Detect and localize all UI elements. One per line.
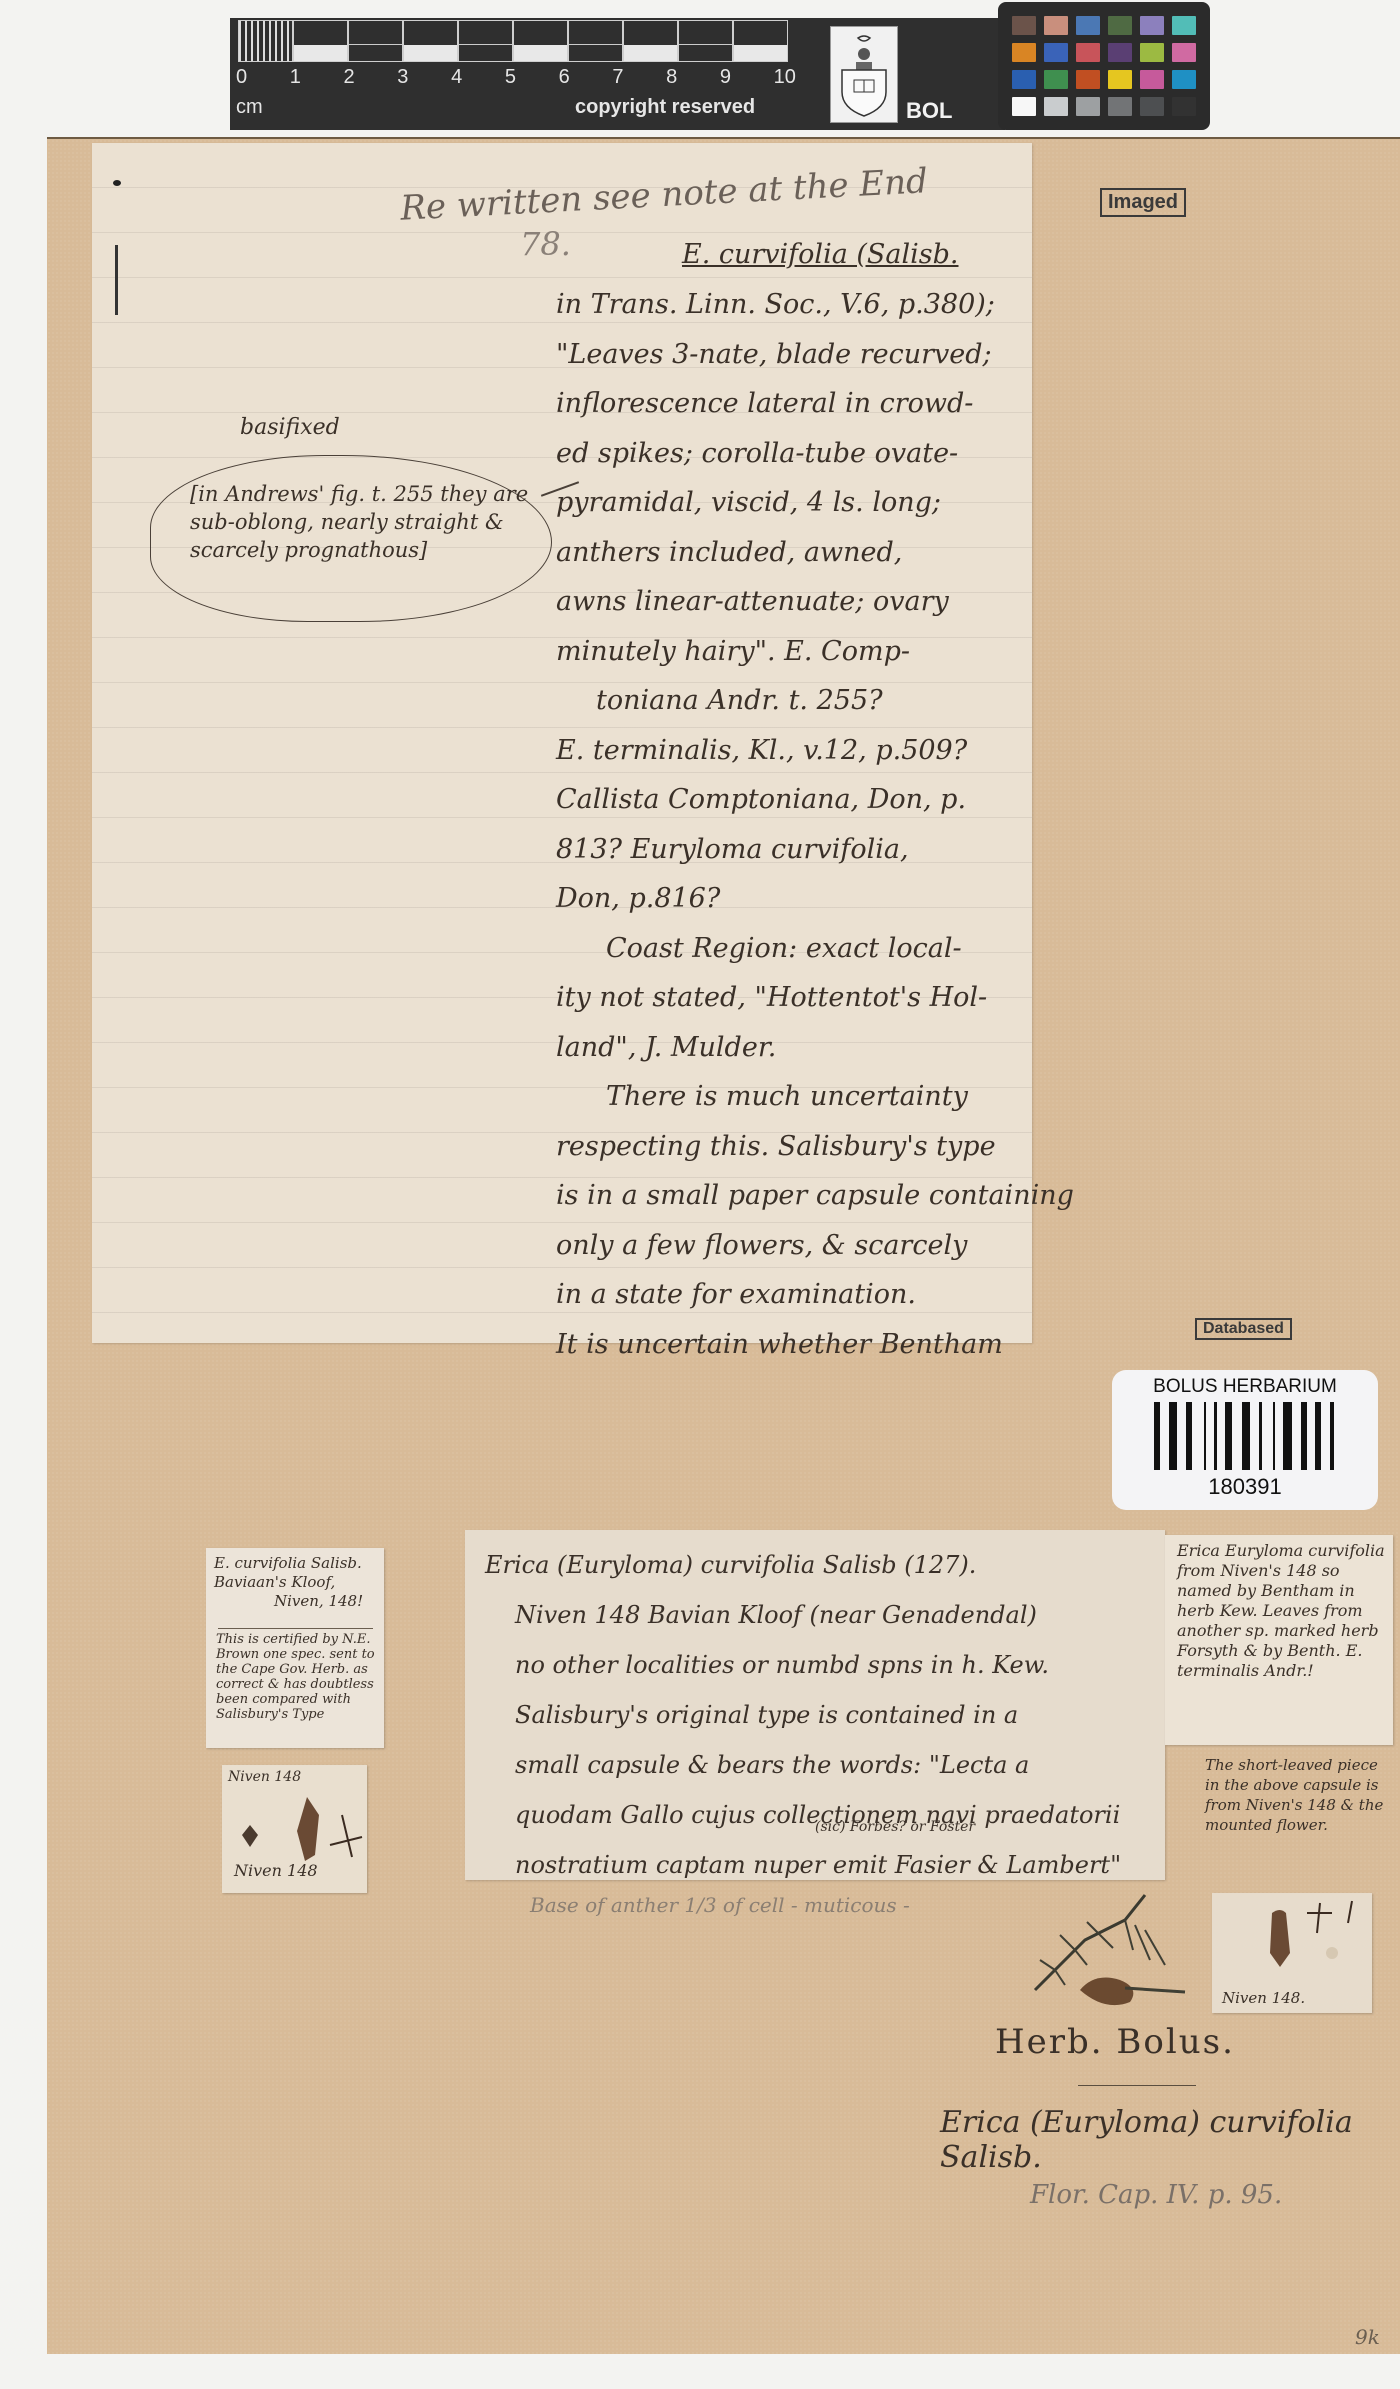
color-swatch [1044,16,1068,35]
specimen-packet-right: Niven 148. [1212,1893,1372,2013]
barcode-label: BOLUS HERBARIUM 180391 [1112,1370,1378,1510]
pin-shaft [115,245,118,315]
scale-ruler [238,20,788,62]
barcode-bar [1295,1402,1298,1470]
barcode-bar [1324,1402,1327,1470]
color-swatch [1108,70,1132,89]
scale-numbers: 0 1 2 3 4 5 6 7 8 9 10 [236,66,796,89]
institution-code: BOL [906,98,952,124]
scale-number: 8 [666,66,677,89]
barcode-bar [1180,1402,1183,1470]
specimen-sprig-icon [1025,1880,1195,2010]
barcode-icon [1154,1402,1344,1470]
pencil-note: Base of anther 1/3 of cell - muticous - [530,1893,910,1917]
note-line: toniana Andr. t. 255? [596,676,1026,726]
barcode-bar [1310,1402,1312,1470]
herbarium-name: Herb. Bolus. [995,2022,1235,2062]
color-swatch [1076,70,1100,89]
description-label: Erica (Euryloma) curvifolia Salisb (127)… [465,1530,1165,1880]
packet-caption: Niven 148. [1222,1989,1305,2007]
note-line: in Trans. Linn. Soc., V.6, p.380); [556,280,1026,330]
color-swatch [1140,97,1164,116]
certification-label: E. curvifolia Salisb. Baviaan's Kloof, N… [206,1548,384,1748]
divider [218,1628,373,1629]
note-line: E. curvifolia (Salisb. [682,230,1072,280]
color-swatch [1044,97,1068,116]
scale-number: 7 [612,66,623,89]
note-body-continued: in Trans. Linn. Soc., V.6, p.380); "Leav… [556,280,1026,1369]
note-line: only a few flowers, & scarcely [556,1221,1026,1271]
scale-number: 10 [774,66,796,89]
cert-title-line: Baviaan's Kloof, [214,1573,384,1592]
color-swatch [1012,70,1036,89]
barcode-bar [1273,1402,1275,1470]
note-line: There is much uncertainty [606,1072,1026,1122]
description-line: Erica (Euryloma) curvifolia Salisb (127)… [485,1540,1155,1590]
note-line: Coast Region: exact local- [606,924,1026,974]
color-swatch [1108,16,1132,35]
barcode-bar [1195,1402,1202,1470]
color-swatch [1108,43,1132,62]
scale-bar: 0 1 2 3 4 5 6 7 8 9 10 cm copyright rese… [230,18,1005,130]
bubble-caption: basifixed [240,415,340,440]
barcode-bar [1315,1402,1321,1470]
packet-caption-top: Niven 148 [228,1769,301,1785]
cert-title-line: Niven, 148! [274,1592,384,1611]
note-line: Don, p.816? [556,874,1026,924]
barcode-bar [1169,1402,1177,1470]
barcode-bar [1278,1402,1280,1470]
capsule-note: The short-leaved piece in the above caps… [1205,1755,1395,1835]
color-swatch [1012,43,1036,62]
divider [1078,2085,1196,2086]
scale-number: 4 [451,66,462,89]
color-swatch [1012,97,1036,116]
barcode-bar [1283,1402,1292,1470]
note-line: is in a small paper capsule containing [556,1171,1026,1221]
packet-caption-bottom: Niven 148 [234,1861,318,1880]
description-text: Erica (Euryloma) curvifolia Salisb (127)… [485,1540,1155,1890]
color-swatch [1012,16,1036,35]
note-line: ed spikes; corolla-tube ovate- [556,429,1026,479]
color-swatch [1076,16,1100,35]
cert-text: This is certified by N.E. Brown one spec… [216,1632,386,1722]
color-swatch [1172,70,1196,89]
barcode-bar [1259,1402,1262,1470]
bentham-label-text: Erica Euryloma curvifolia from Niven's 1… [1177,1541,1392,1681]
description-annotation: (sic) Forbes? or Foster [815,1820,975,1834]
scale-number: 5 [505,66,516,89]
note-line: 813? Euryloma curvifolia, [556,825,1026,875]
scale-number: 0 [236,66,247,89]
databased-stamp: Databased [1195,1318,1292,1340]
note-line: pyramidal, viscid, 4 ls. long; [556,478,1026,528]
note-line: land", J. Mulder. [556,1023,1026,1073]
barcode-bar [1242,1402,1250,1470]
barcode-title: BOLUS HERBARIUM [1112,1376,1378,1398]
barcode-bar [1204,1402,1206,1470]
note-line: minutely hairy". E. Comp- [556,627,1026,677]
barcode-bar [1301,1402,1308,1470]
barcode-bar [1220,1402,1222,1470]
scale-number: 1 [290,66,301,89]
note-line: It is uncertain whether Bentham [556,1320,1026,1370]
bubble-text: [in Andrews' fig. t. 255 they are sub-ob… [190,480,530,564]
barcode-bar [1163,1402,1166,1470]
color-swatch [1108,97,1132,116]
barcode-bar [1235,1402,1239,1470]
determination-name: Erica (Euryloma) curvifolia Salisb. [940,2105,1400,2175]
note-line: in a state for examination. [556,1270,1026,1320]
scale-number: 9 [720,66,731,89]
color-chart [998,2,1210,130]
note-line: "Leaves 3-nate, blade recurved; [556,330,1026,380]
description-line: Salisbury's original type is contained i… [515,1690,1155,1740]
barcode-bar [1209,1402,1211,1470]
copyright-notice: copyright reserved [575,96,755,119]
flower-fragments-icon [1212,1893,1372,1988]
color-swatch [1044,43,1068,62]
imaged-stamp: Imaged [1100,188,1186,217]
barcode-bar [1337,1402,1344,1470]
bentham-label: Erica Euryloma curvifolia from Niven's 1… [1165,1535,1393,1745]
flora-reference: Flor. Cap. IV. p. 95. [1030,2180,1282,2210]
barcode-bar [1154,1402,1160,1470]
cert-title: E. curvifolia Salisb. Baviaan's Kloof, N… [214,1554,384,1611]
color-swatch [1140,70,1164,89]
color-swatch [1140,16,1164,35]
crest-icon [830,26,898,123]
scale-number: 3 [397,66,408,89]
scale-number: 6 [559,66,570,89]
specimen-packet-left: Niven 148 Niven 148 [222,1765,367,1893]
color-swatch [1044,70,1068,89]
note-number: 78. [520,225,571,263]
note-line: inflorescence lateral in crowd- [556,379,1026,429]
note-line: awns linear-attenuate; ovary [556,577,1026,627]
barcode-bar [1214,1402,1217,1470]
color-swatch [1076,97,1100,116]
barcode-bar [1225,1402,1232,1470]
color-swatch [1140,43,1164,62]
color-swatch [1172,16,1196,35]
pin-icon [113,180,121,186]
note-line: Callista Comptoniana, Don, p. [556,775,1026,825]
color-swatch [1172,97,1196,116]
color-swatch [1076,43,1100,62]
note-line: E. terminalis, Kl., v.12, p.509? [556,726,1026,776]
barcode-bar [1186,1402,1192,1470]
barcode-bar [1265,1402,1270,1470]
note-line: respecting this. Salisbury's type [556,1122,1026,1172]
description-line: small capsule & bears the words: "Lecta … [515,1740,1155,1790]
barcode-number: 180391 [1112,1474,1378,1500]
scale-unit: cm [236,96,263,119]
note-line: ity not stated, "Hottentot's Hol- [556,973,1026,1023]
note-line: anthers included, awned, [556,528,1026,578]
flower-fragments-icon [222,1785,367,1865]
cert-title-line: E. curvifolia Salisb. [214,1554,384,1573]
color-swatch [1172,43,1196,62]
barcode-bar [1330,1402,1334,1470]
sheet-number: 9k [1355,2325,1380,2349]
scale-number: 2 [344,66,355,89]
description-line: Niven 148 Bavian Kloof (near Genadendal) [515,1590,1155,1640]
barcode-bar [1253,1402,1256,1470]
note-body: E. curvifolia (Salisb. [602,230,1072,280]
description-line: no other localities or numbd spns in h. … [515,1640,1155,1690]
